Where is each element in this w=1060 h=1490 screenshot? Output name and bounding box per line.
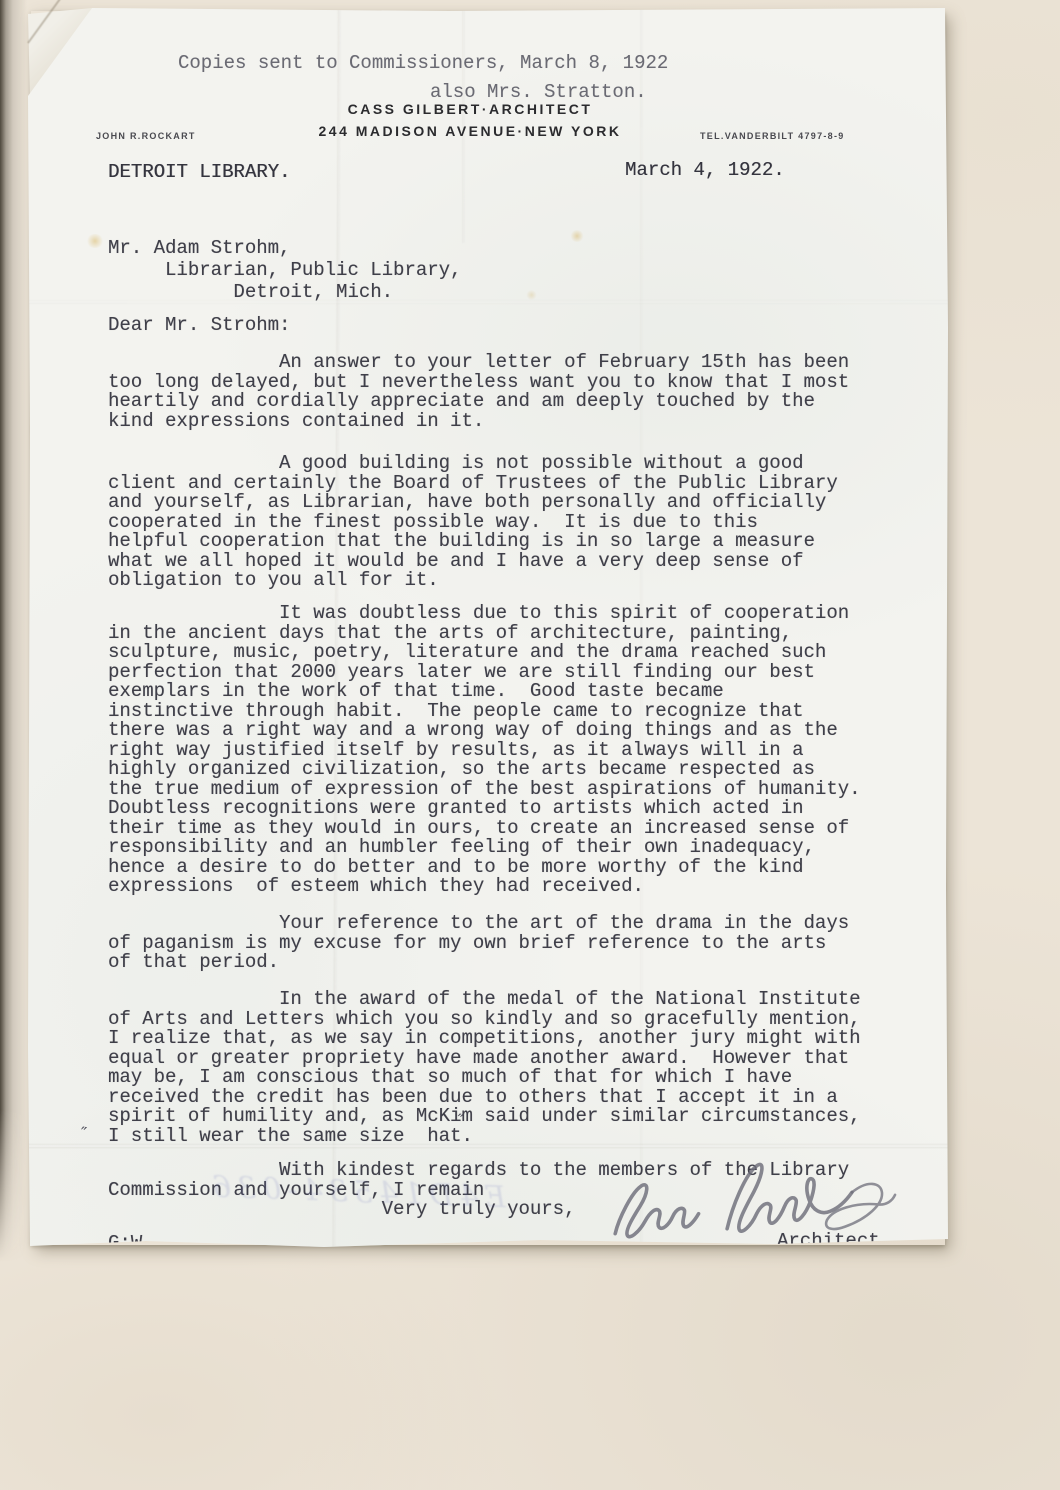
typed-line: heartily and cordially appreciate and am… xyxy=(108,392,849,412)
typed-line: It was doubtless due to this spirit of c… xyxy=(108,604,861,624)
typed-line: An answer to your letter of February 15t… xyxy=(108,353,849,373)
paragraph-4: Your reference to the art of the drama i… xyxy=(108,914,849,973)
typed-line: sculpture, music, poetry, literature and… xyxy=(108,643,861,663)
typed-line: highly organized civilization, so the ar… xyxy=(108,760,861,780)
typed-line: Your reference to the art of the drama i… xyxy=(108,914,849,934)
typed-line: responsibility and an humbler feeling of… xyxy=(108,838,861,858)
letterhead-telephone: TEL.VANDERBILT 4797-8-9 xyxy=(700,131,845,141)
typed-line: expressions of esteem which they had rec… xyxy=(108,877,861,897)
scanned-letter-scene: Copies sent to Commissioners, March 8, 1… xyxy=(0,0,1060,1490)
foxing-stain xyxy=(570,230,584,242)
letterhead-associate-name: JOHN R.ROCKART xyxy=(96,131,196,141)
scan-left-edge-shadow xyxy=(0,0,30,1262)
typed-line: A good building is not possible without … xyxy=(108,454,838,474)
subject-line: DETROIT LIBRARY. xyxy=(108,163,290,183)
typed-line: kind expressions contained in it. xyxy=(108,412,849,432)
typed-line: Detroit, Mich. xyxy=(108,281,461,303)
date-line: March 4, 1922. xyxy=(625,161,785,181)
paragraph-2: A good building is not possible without … xyxy=(108,454,838,591)
salutation: Dear Mr. Strohm: xyxy=(108,316,290,336)
typed-line: I realize that, as we say in competition… xyxy=(108,1029,861,1049)
annotation-copies-sent: Copies sent to Commissioners, March 8, 1… xyxy=(178,54,668,74)
paragraph-5: In the award of the medal of the Nationa… xyxy=(108,990,861,1146)
signature-cass-gilbert xyxy=(596,1139,899,1254)
typed-line: there was a right way and a wrong way of… xyxy=(108,721,861,741)
foxing-stain xyxy=(526,290,537,300)
typed-line: Mr. Adam Strohm, xyxy=(108,237,461,259)
handwritten-open-quote: ″ xyxy=(78,1124,88,1145)
annotation-also-stratton: also Mrs. Stratton. xyxy=(430,83,647,103)
letter-paper: Copies sent to Commissioners, March 8, 1… xyxy=(28,8,948,1248)
typed-line: helpful cooperation that the building is… xyxy=(108,532,838,552)
typed-line: obligation to you all for it. xyxy=(108,571,838,591)
recipient-address-block: Mr. Adam Strohm, Librarian, Public Libra… xyxy=(108,237,461,303)
typed-line: spirit of humility and, as McKim said un… xyxy=(108,1107,861,1127)
paragraph-1: An answer to your letter of February 15t… xyxy=(108,353,849,431)
typed-line: Librarian, Public Library, xyxy=(108,259,461,281)
typed-line: exemplars in the work of that time. Good… xyxy=(108,682,861,702)
typed-line: may be, I am conscious that so much of t… xyxy=(108,1068,861,1088)
typed-line: In the award of the medal of the Nationa… xyxy=(108,990,861,1010)
typed-line: Doubtless recognitions were granted to a… xyxy=(108,799,861,819)
typed-line: and yourself, as Librarian, have both pe… xyxy=(108,493,838,513)
letterhead-address: 244 MADISON AVENUE·NEW YORK xyxy=(319,123,622,139)
paragraph-3: It was doubtless due to this spirit of c… xyxy=(108,604,861,897)
typed-line: of that period. xyxy=(108,953,849,973)
letterhead-firm-name: CASS GILBERT·ARCHITECT xyxy=(348,101,593,117)
foxing-stain xyxy=(86,234,104,248)
